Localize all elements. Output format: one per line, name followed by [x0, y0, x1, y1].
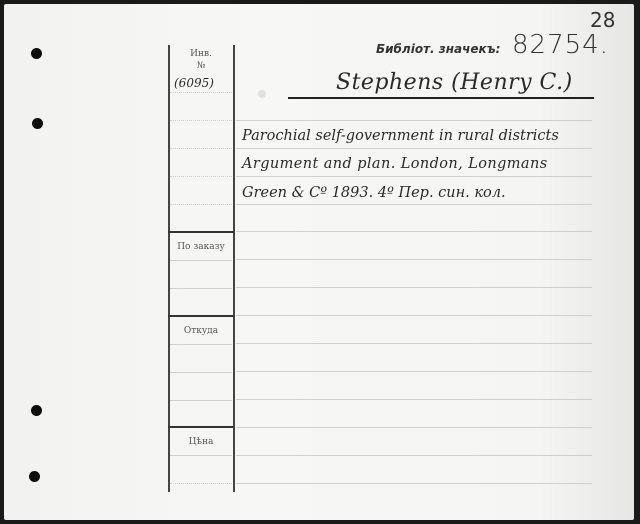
left-rule: [170, 483, 232, 484]
catalog-card: Инв. № (6095) По заказу Откуда Цѣна 28 Б…: [4, 4, 634, 520]
separator-price: [168, 426, 234, 428]
smudge: [258, 90, 266, 98]
price-label: Цѣна: [170, 437, 232, 447]
author-heading: Stephens (Henry C.): [336, 70, 573, 95]
ruled-line: [236, 120, 592, 121]
left-rule: [170, 204, 232, 205]
inventory-label: Инв.: [170, 49, 232, 59]
separator-source: [168, 315, 234, 317]
ruled-line: [236, 287, 592, 288]
left-rule: [170, 176, 232, 177]
ruled-line: [236, 483, 592, 484]
ruled-line: [236, 204, 592, 205]
corner-number: 28: [590, 8, 615, 32]
title-line-3: Green & Cº 1893. 4º Пер. син. кол.: [242, 185, 506, 201]
left-rule: [170, 400, 232, 401]
author-underline: [288, 97, 594, 99]
left-rule: [170, 148, 232, 149]
left-rule: [170, 455, 232, 456]
ruled-line: [236, 399, 592, 400]
ruled-line: [236, 343, 592, 344]
punch-hole: [31, 48, 42, 59]
left-rule: [170, 372, 232, 373]
column-right-border: [233, 45, 235, 492]
library-mark-value: 82754.: [512, 30, 609, 60]
inventory-number-label: №: [170, 61, 232, 71]
left-rule: [170, 120, 232, 121]
order-label: По заказу: [170, 242, 232, 252]
title-line-1: Parochial self-government in rural distr…: [242, 128, 559, 144]
punch-hole: [32, 118, 43, 129]
left-rule: [170, 288, 232, 289]
ruled-line: [236, 231, 592, 232]
library-mark-label: Библіот. значекъ:: [376, 42, 500, 56]
inventory-number-value: (6095): [174, 76, 214, 90]
column-left-border: [168, 45, 170, 492]
punch-hole: [31, 405, 42, 416]
ruled-line: [236, 148, 592, 149]
ruled-line: [236, 259, 592, 260]
left-rule: [170, 260, 232, 261]
left-rule: [170, 344, 232, 345]
separator-order: [168, 231, 234, 233]
ruled-line: [236, 371, 592, 372]
left-rule: [170, 92, 232, 93]
ruled-line: [236, 427, 592, 428]
source-label: Откуда: [170, 326, 232, 336]
ruled-line: [236, 455, 592, 456]
ruled-line: [236, 315, 592, 316]
punch-hole: [29, 471, 40, 482]
title-line-2: Argument and plan. London, Longmans: [242, 156, 548, 172]
ruled-line: [236, 176, 592, 177]
